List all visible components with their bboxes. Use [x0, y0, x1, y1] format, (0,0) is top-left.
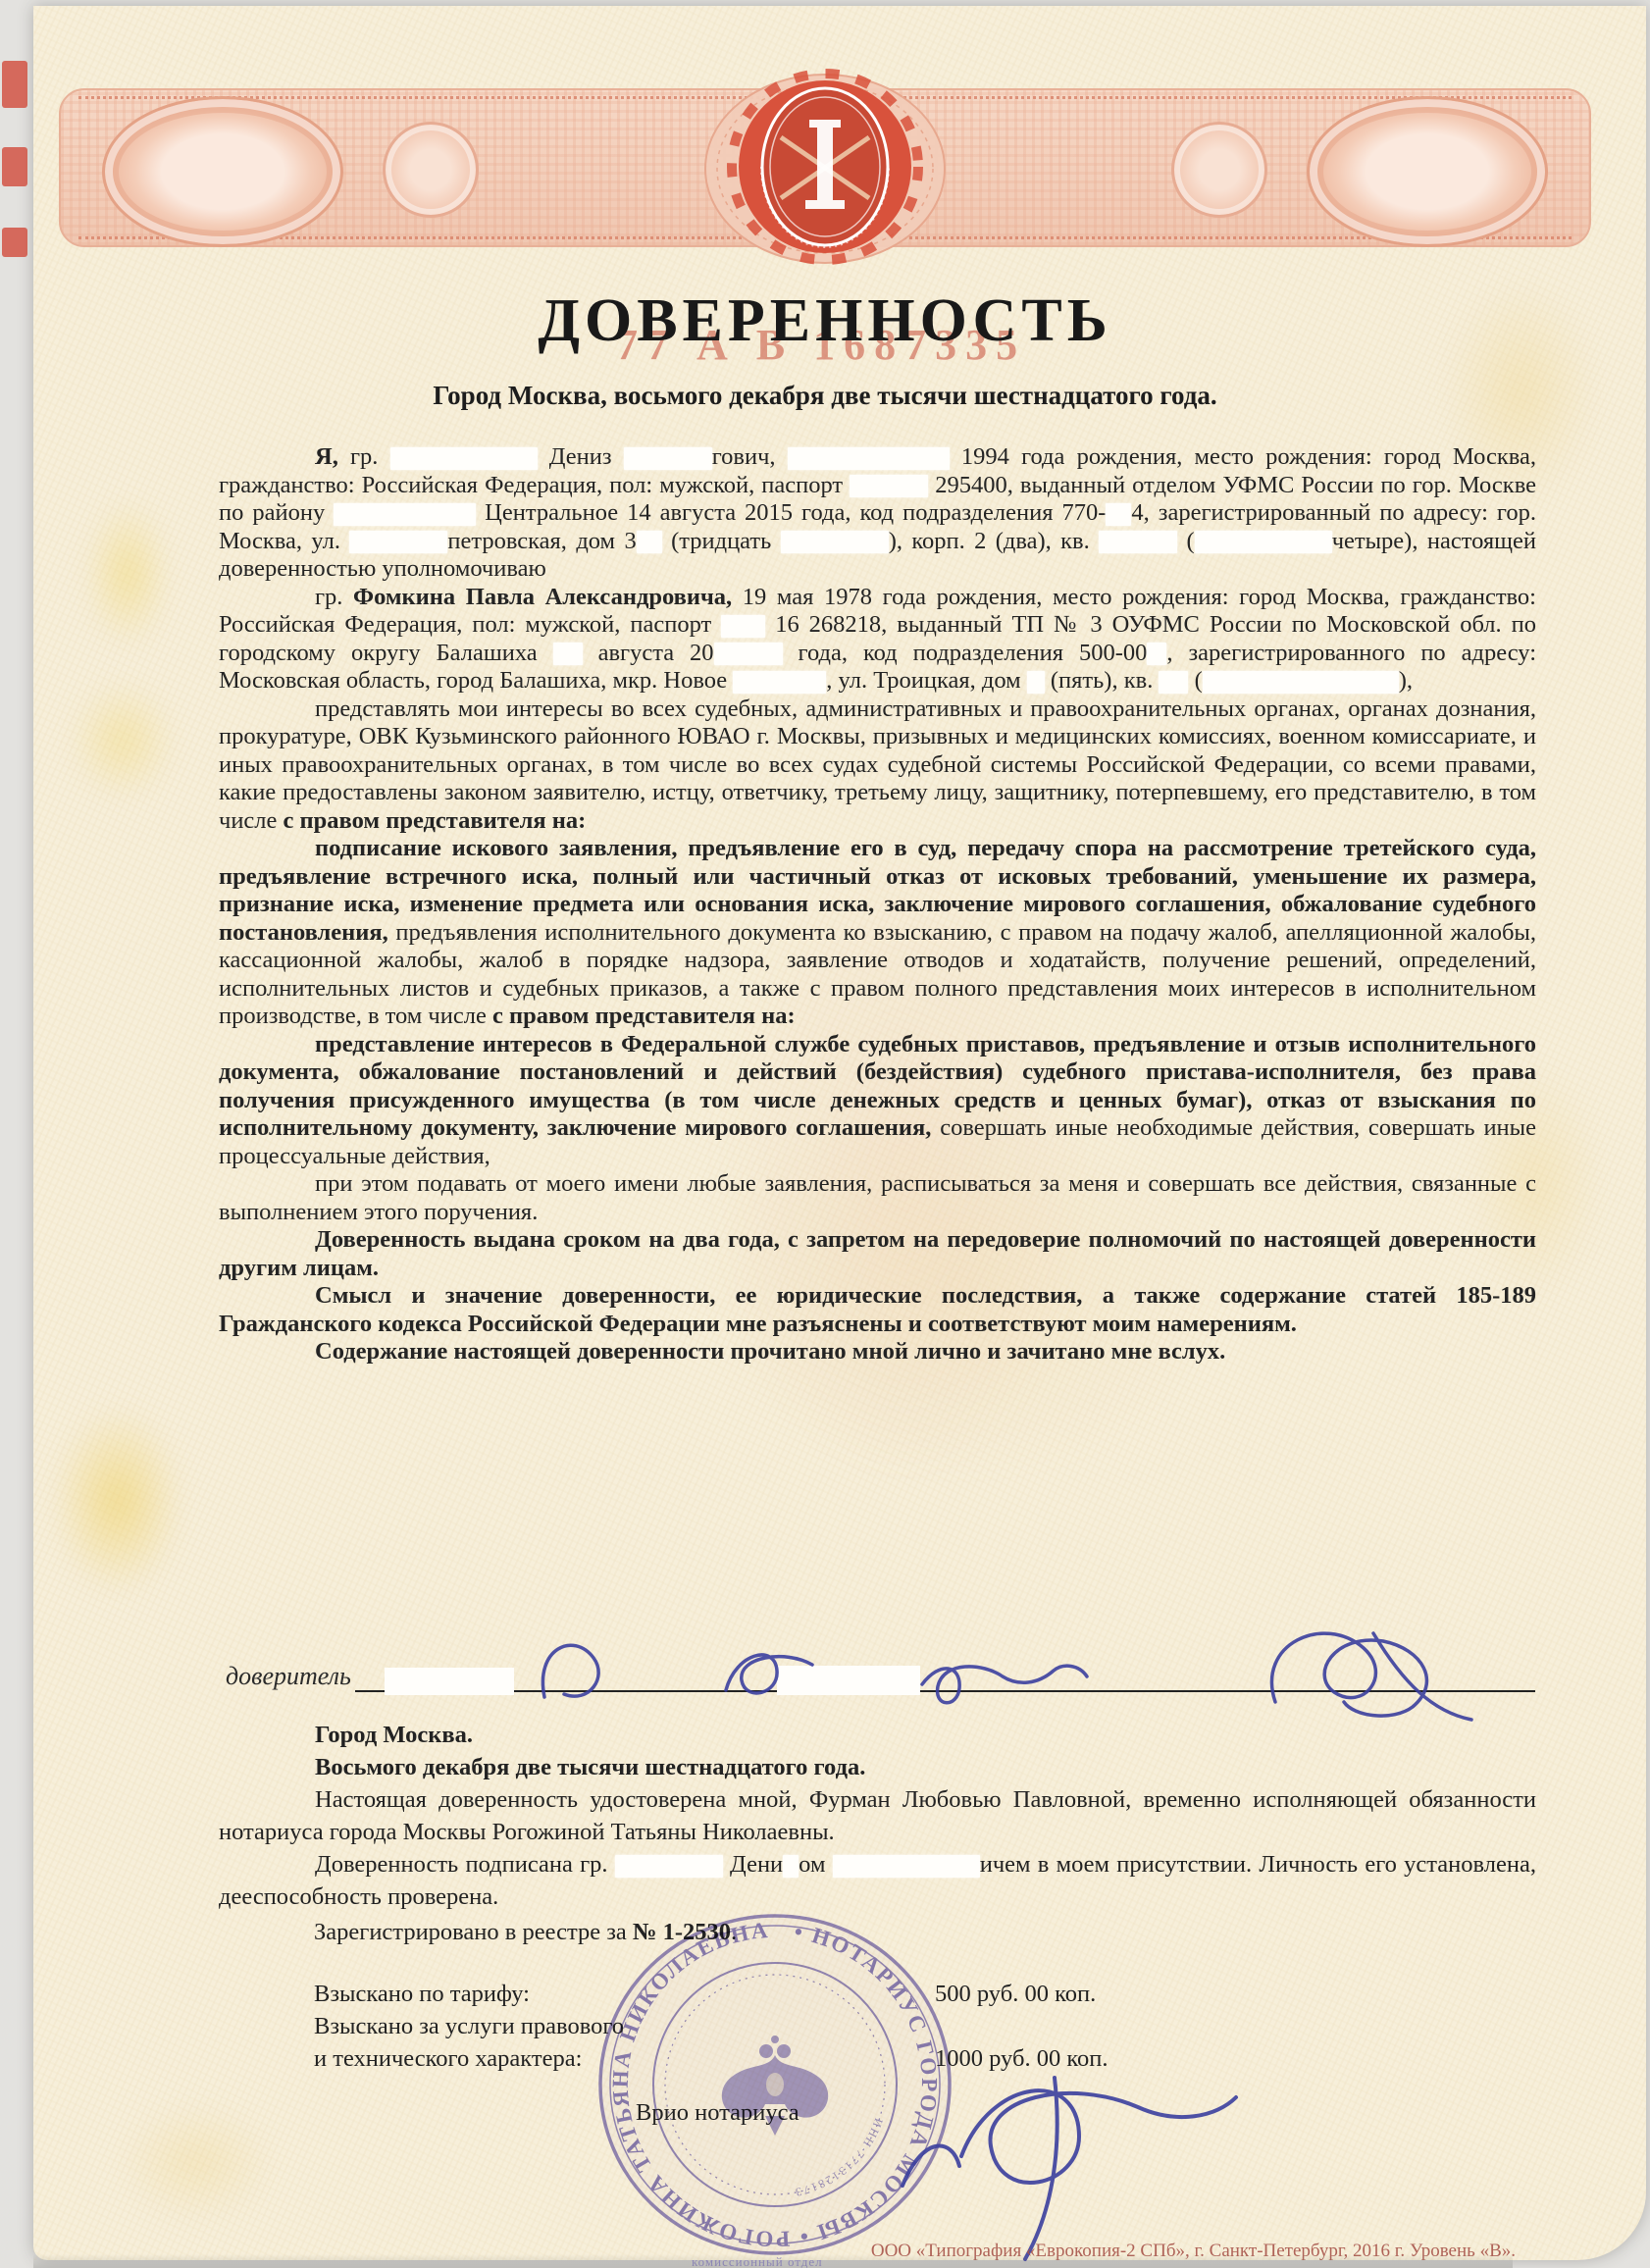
text-run: Дени: [723, 1851, 783, 1878]
red-edge-mark: [2, 147, 27, 186]
text-run: года, код подразделения 500-00: [783, 640, 1148, 666]
body-paragraph-term: Доверенность выдана сроком на два года, …: [219, 1226, 1536, 1282]
text-run: августа 20: [583, 640, 714, 666]
red-edge-mark: [2, 61, 27, 108]
redaction-box: [390, 447, 538, 470]
red-edge-mark: [2, 228, 27, 257]
place-and-date-line: Город Москва, восьмого декабря две тысяч…: [0, 381, 1650, 411]
text-run: с правом представителя на:: [284, 807, 587, 834]
right-rosette-ornament: [1171, 122, 1267, 218]
text-run: Доверенность подписана гр.: [315, 1851, 615, 1878]
document-body: Я, гр. Дениз гович, 1994 года рождения, …: [219, 443, 1536, 1366]
redaction-box: [1106, 503, 1131, 526]
redaction-box: [721, 615, 765, 638]
principal-handwritten-signature: [314, 1614, 1540, 1727]
document-title: ДОВЕРЕННОСТЬ: [0, 286, 1650, 356]
body-paragraph-court-powers: подписание искового заявления, предъявле…: [219, 835, 1536, 1031]
notary-certification-block: Город Москва. Восьмого декабря две тысяч…: [219, 1719, 1536, 1913]
notary-signed-paragraph: Доверенность подписана гр. Дениом ичем в…: [219, 1848, 1536, 1913]
fee-services-label-1: Взыскано за услуги правового: [314, 2013, 624, 2039]
body-paragraph-statements: при этом подавать от моего имени любые з…: [219, 1170, 1536, 1226]
body-paragraph-attorney: гр. Фомкина Павла Александровича, 19 мая…: [219, 584, 1536, 696]
fee-tariff-label: Взыскано по тарифу:: [314, 1981, 530, 2007]
redaction-box: [637, 531, 662, 553]
redaction-box: [349, 531, 447, 553]
body-paragraph-powers: представлять мои интересы во всех судебн…: [219, 696, 1536, 836]
text-run: Фомкина Павла Александровича,: [353, 584, 732, 610]
redaction-box: [1027, 671, 1045, 694]
redaction-box: [733, 671, 826, 694]
body-paragraph-read-aloud: Содержание настоящей доверенности прочит…: [219, 1338, 1536, 1366]
redaction-box: [1159, 671, 1188, 694]
text-run: Зарегистрировано в реестре за: [314, 1919, 633, 1945]
notary-emblem-icon: [702, 61, 948, 277]
right-medallion-ornament: [1307, 96, 1548, 247]
redaction-box: [781, 531, 889, 553]
text-run: (тридцать: [662, 528, 781, 554]
text-run: Смысл и значение доверенности, ее юридич…: [219, 1282, 1536, 1337]
redaction-box: [1203, 671, 1399, 694]
text-run: гр.: [338, 443, 390, 470]
notary-certified-paragraph: Настоящая доверенность удостоверена мной…: [219, 1783, 1536, 1848]
text-run: Дениз: [538, 443, 624, 470]
notary-date-line: Восьмого декабря две тысячи шестнадцатог…: [219, 1751, 1536, 1783]
scan-edge-shadow: [33, 2254, 1513, 2268]
text-run: гович,: [712, 443, 788, 470]
text-run: , ул. Троицкая, дом: [826, 667, 1026, 694]
text-run: (: [1188, 667, 1202, 694]
redaction-box: [334, 503, 476, 526]
redaction-box: [553, 643, 583, 665]
redaction-box: [714, 643, 783, 665]
text-run: (пять), кв.: [1045, 667, 1160, 694]
body-paragraph-bailiff-powers: представление интересов в Федеральной сл…: [219, 1031, 1536, 1171]
scanned-power-of-attorney-document: { "doc": { "title": "ДОВЕРЕННОСТЬ", "bla…: [0, 0, 1650, 2268]
redaction-box: [1195, 531, 1332, 553]
redaction-box: [1147, 643, 1166, 665]
text-run: с правом представителя на:: [492, 1003, 796, 1029]
fee-services-label-2: и технического характера:: [314, 2045, 582, 2072]
text-run: при этом подавать от моего имени любые з…: [219, 1170, 1536, 1225]
text-run: Доверенность выдана сроком на два года, …: [219, 1226, 1536, 1281]
text-run: ),: [1399, 667, 1413, 694]
text-run: Содержание настоящей доверенности прочит…: [315, 1338, 1225, 1365]
redaction-box: [833, 1855, 980, 1878]
redaction-box: [783, 1855, 799, 1878]
left-rosette-ornament: [383, 122, 479, 218]
text-run: ), корп. 2 (два), кв.: [889, 528, 1099, 554]
redaction-box: [1099, 531, 1177, 553]
redaction-box: [788, 447, 950, 470]
text-run: (: [1177, 528, 1195, 554]
text-run: предъявления исполнительного документа к…: [219, 919, 1536, 1030]
body-paragraph-meaning: Смысл и значение доверенности, ее юридич…: [219, 1282, 1536, 1338]
text-run: гр.: [315, 584, 353, 610]
text-run: ом: [799, 1851, 833, 1878]
redaction-box: [615, 1855, 723, 1878]
redaction-box: [850, 475, 928, 497]
redaction-box: [624, 447, 712, 470]
text-run: петровская, дом 3: [447, 528, 636, 554]
text-run: Центральное 14 августа 2015 года, код по…: [476, 499, 1106, 526]
notary-handwritten-signature: [844, 2019, 1295, 2266]
body-paragraph-principal: Я, гр. Дениз гович, 1994 года рождения, …: [219, 443, 1536, 584]
text-run: Я,: [315, 443, 338, 470]
left-medallion-ornament: [102, 96, 343, 247]
guilloche-header-band: [59, 61, 1591, 277]
